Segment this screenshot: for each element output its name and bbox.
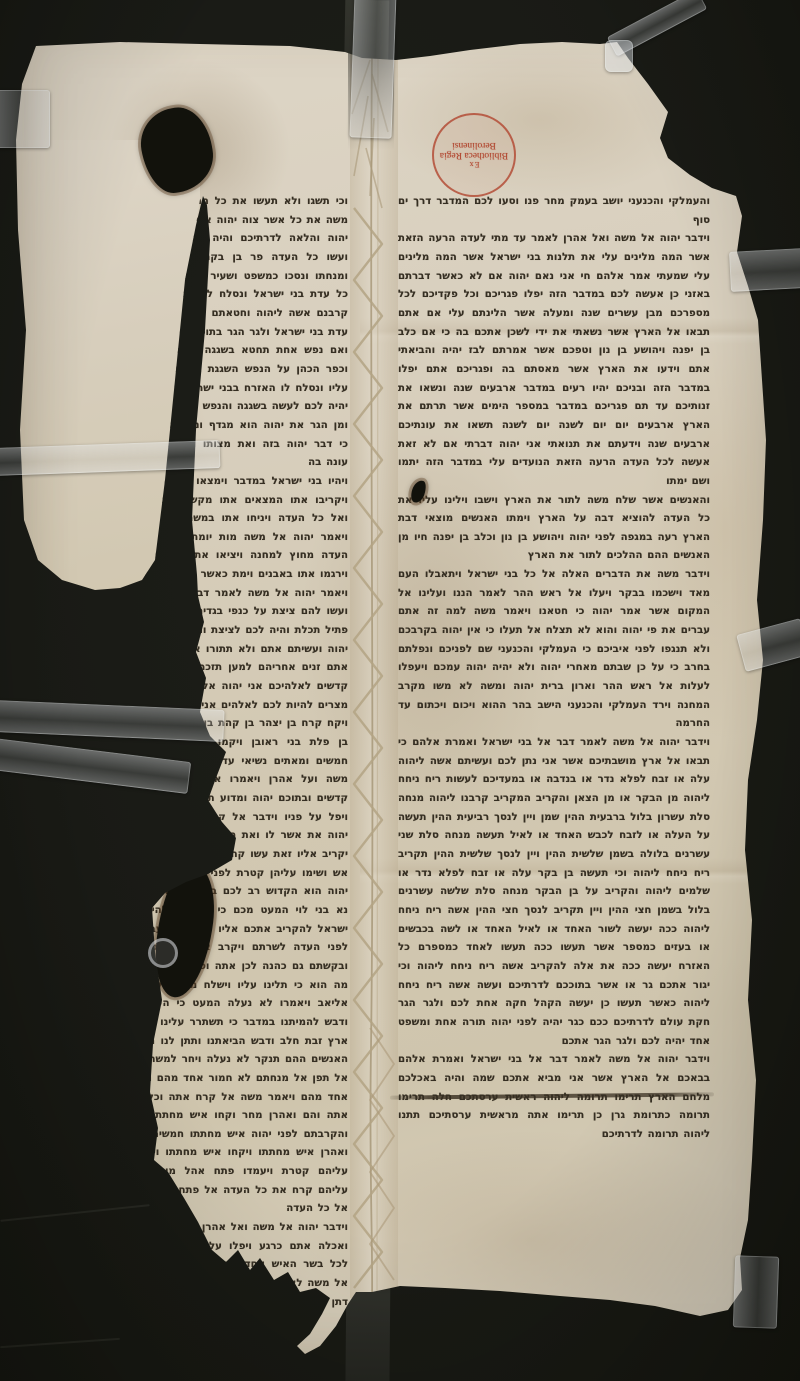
adhesive-tape-left-low [0,738,191,794]
background-scratch [0,1338,120,1348]
background-scratch [0,1204,149,1222]
parchment-edge-shading [0,0,800,1381]
adhesive-tape-left-top [0,90,50,148]
adhesive-tape-top-right-cap [605,40,633,72]
adhesive-tape-left-mid2 [0,700,225,742]
manuscript-photograph: והעמלקי והכנעני יושב בעמק מחר פנו וסעו ל… [0,0,800,1381]
adhesive-tape-seam-top [350,0,397,139]
paper-ring-sticker [148,938,178,968]
parchment-fragment: והעמלקי והכנעני יושב בעמק מחר פנו וסעו ל… [0,0,800,1381]
adhesive-tape-right-upper [729,248,800,292]
adhesive-tape-bottom-right [733,1255,779,1328]
